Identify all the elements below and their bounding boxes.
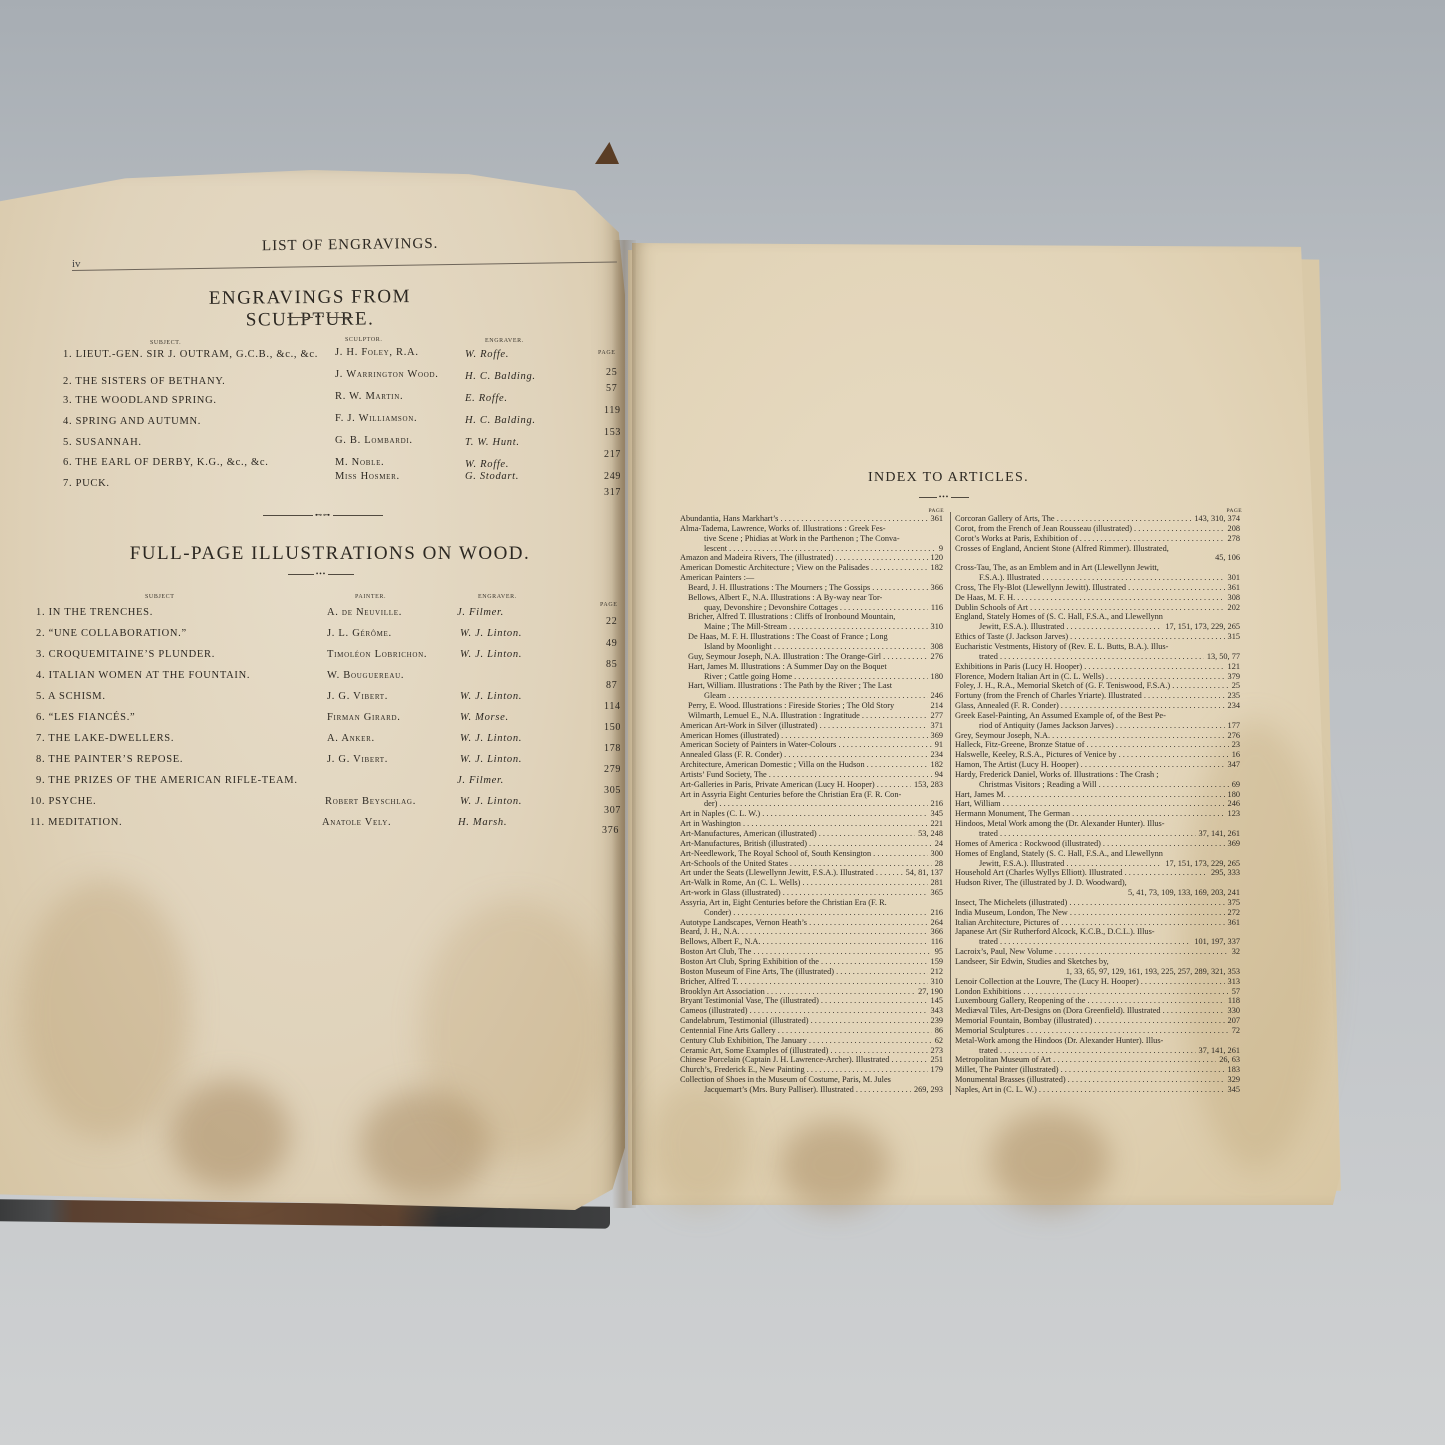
index-entry: Hudson River, The (illustrated by J. D. … — [955, 878, 1240, 888]
ornament-divider: ⊷⊶ — [258, 511, 388, 519]
index-entry-text: Assyria, Art in, Eight Centuries before … — [680, 898, 940, 908]
table-row: 3. THE WOODLAND SPRING. — [63, 395, 217, 406]
index-entry-page: 277 — [928, 711, 943, 721]
index-entry-page: 235 — [1225, 691, 1240, 701]
index-entry-text: Naples, Art in (C. L. W.) — [955, 1085, 1225, 1095]
index-entry: American Domestic Architecture ; View on… — [680, 563, 943, 573]
index-entry-text: Church’s, Frederick E., New Painting — [680, 1065, 928, 1075]
index-entry: Perry, E. Wood. Illustrations : Fireside… — [680, 701, 943, 711]
column-divider — [950, 512, 951, 1095]
index-entry: Naples, Art in (C. L. W.)345 — [955, 1085, 1240, 1095]
index-entry-page: 5, 41, 73, 109, 133, 169, 203, 241 — [1125, 888, 1240, 898]
index-entry-text: American Art-Work in Silver (illustrated… — [680, 721, 928, 731]
index-entry: Art-Needlework, The Royal School of, Sou… — [680, 849, 943, 859]
index-entry: Autotype Landscapes, Vernon Heath’s264 — [680, 918, 943, 928]
index-entry-text: Crosses of England, Ancient Stone (Alfre… — [955, 544, 1237, 554]
painter-cell: Anatole Vely. — [322, 817, 391, 828]
index-entry-text: Homes of England, Stately (S. C. Hall, F… — [955, 849, 1237, 859]
index-entry-text: trated — [979, 829, 1196, 839]
ornament-divider: ••• — [918, 493, 970, 501]
index-entry-text: Household Art (Charles Wyllys Elliott). … — [955, 868, 1208, 878]
index-entry-page: 345 — [928, 809, 943, 819]
index-entry-text: trated — [979, 652, 1204, 662]
index-entry-page: 361 — [1225, 918, 1240, 928]
index-entry-page: 308 — [1225, 593, 1240, 603]
index-entry-page: 329 — [1225, 1075, 1240, 1085]
running-head: LIST OF ENGRAVINGS. — [262, 236, 439, 255]
index-entry-page: 9 — [936, 544, 943, 554]
index-entry-text: Fortuny (from the French of Charles Yria… — [955, 691, 1225, 701]
index-entry: Conder)216 — [680, 908, 943, 918]
index-entry-text: Boston Art Club, Spring Exhibition of th… — [680, 957, 928, 967]
index-entry: Artists’ Fund Society, The94 — [680, 770, 943, 780]
index-entry-text: Lenoir Collection at the Louvre, The (Lu… — [955, 977, 1225, 987]
index-entry: Household Art (Charles Wyllys Elliott). … — [955, 868, 1240, 878]
index-entry: Jewitt, F.S.A.). Illustrated17, 151, 173… — [955, 859, 1240, 869]
index-entry: Cameos (illustrated)343 — [680, 1006, 943, 1016]
index-entry-text: Island by Moonlight — [704, 642, 928, 652]
index-entry: trated37, 141, 261 — [955, 829, 1240, 839]
index-entry-text: Chinese Porcelain (Captain J. H. Lawrenc… — [680, 1055, 928, 1065]
index-entry-text: Halleck, Fitz-Greene, Bronze Statue of — [955, 740, 1229, 750]
painter-cell: J. G. Vibert. — [327, 754, 388, 765]
engraver-cell: J. Filmer. — [457, 607, 504, 618]
index-entry: 45, 106 — [955, 553, 1240, 563]
index-entry: Italian Architecture, Pictures of361 — [955, 918, 1240, 928]
engraver-cell: H. C. Balding. — [465, 371, 536, 382]
sculptor-cell: R. W. Martin. — [335, 391, 403, 402]
index-entry-page: 234 — [928, 750, 943, 760]
index-entry-text: Art in Washington — [680, 819, 928, 829]
index-entry: Wilmarth, Lemuel E., N.A. Illustration :… — [680, 711, 943, 721]
index-entry: Architecture, American Domestic ; Villa … — [680, 760, 943, 770]
index-entry-page: 72 — [1229, 1026, 1240, 1036]
index-entry-text: Corot, from the French of Jean Rousseau … — [955, 524, 1225, 534]
index-entry-page: 269, 293 — [911, 1085, 943, 1095]
index-entry-text: Jacquemart’s (Mrs. Bury Palliser). Illus… — [704, 1085, 911, 1095]
index-entry: Homes of England, Stately (S. C. Hall, F… — [955, 849, 1240, 859]
index-entry-text: Art in Naples (C. L. W.) — [680, 809, 928, 819]
page-cell: 317 — [604, 487, 621, 498]
page-cell: 376 — [602, 825, 619, 836]
index-entry-text: Artists’ Fund Society, The — [680, 770, 932, 780]
index-entry: Art in Naples (C. L. W.)345 — [680, 809, 943, 819]
index-entry-page: 281 — [928, 878, 943, 888]
index-entry: Brooklyn Art Association27, 190 — [680, 987, 943, 997]
index-entry-text: Grey, Seymour Joseph, N.A. — [955, 731, 1225, 741]
index-entry: Jacquemart’s (Mrs. Bury Palliser). Illus… — [680, 1085, 943, 1095]
index-entry: Landseer, Sir Edwin, Studies and Sketche… — [955, 957, 1240, 967]
page-cell: 85 — [606, 659, 617, 670]
painter-cell: J. G. Vibert. — [327, 691, 388, 702]
table-row: 1. IN THE TRENCHES. — [36, 607, 153, 618]
index-entry-page: 54, 81, 137 — [903, 868, 943, 878]
index-entry-text: Art-Schools of the United States — [680, 859, 932, 869]
index-entry-text: Boston Art Club, The — [680, 947, 932, 957]
index-entry: Eucharistic Vestments, History of (Rev. … — [955, 642, 1240, 652]
index-column-left: Abundantia, Hans Markhart’s361Alma-Tadem… — [680, 514, 943, 1095]
table-row: 7. THE LAKE-DWELLERS. — [36, 733, 174, 744]
index-entry-text: Hart, James M. Illustrations : A Summer … — [688, 662, 940, 672]
index-entry-text: Hudson River, The (illustrated by J. D. … — [955, 878, 1237, 888]
index-entry-page: 123 — [1225, 809, 1240, 819]
page-cell: 57 — [606, 383, 617, 394]
index-entry: Hart, William246 — [955, 799, 1240, 809]
table-row: 4. ITALIAN WOMEN AT THE FOUNTAIN. — [36, 670, 250, 681]
index-entry: Hart, James M.180 — [955, 790, 1240, 800]
index-entry-text: Architecture, American Domestic ; Villa … — [680, 760, 928, 770]
sculptor-cell: J. Warrington Wood. — [335, 369, 439, 380]
index-entry-text: De Haas, M. F. H. Illustrations : The Co… — [688, 632, 940, 642]
index-entry-page: 37, 141, 261 — [1196, 1046, 1240, 1056]
index-entry-page: 301 — [1225, 573, 1240, 583]
index-entry-text: Corot’s Works at Paris, Exhibition of — [955, 534, 1225, 544]
index-entry-text: F.S.A.). Illustrated — [979, 573, 1225, 583]
index-entry: Hart, William. Illustrations : The Path … — [680, 681, 943, 691]
index-entry: Art under the Seats (Llewellynn Jewitt, … — [680, 868, 943, 878]
index-entry: American Art-Work in Silver (illustrated… — [680, 721, 943, 731]
index-entry-page: 300 — [928, 849, 943, 859]
index-entry-page: 57 — [1229, 987, 1240, 997]
table-row: 6. THE EARL OF DERBY, K.G., &c., &c. — [63, 457, 269, 468]
index-entry-page: 272 — [1225, 908, 1240, 918]
table-row: 5. A SCHISM. — [36, 691, 106, 702]
index-entry: American Homes (illustrated)369 — [680, 731, 943, 741]
index-entry: Bricher, Alfred T.310 — [680, 977, 943, 987]
index-entry-text: Art-Galleries in Paris, Private American… — [680, 780, 911, 790]
engraver-cell: T. W. Hunt. — [465, 437, 520, 448]
painter-cell: Timoléon Lobrichon. — [327, 649, 427, 660]
table-row: 7. PUCK. — [63, 478, 110, 489]
index-entry-text: trated — [979, 937, 1191, 947]
index-entry-text: Memorial Fountain, Bombay (illustrated) — [955, 1016, 1225, 1026]
index-entry-text: Jewitt, F.S.A.). Illustrated — [979, 859, 1162, 869]
index-entry-page: 28 — [932, 859, 943, 869]
engraver-cell: W. J. Linton. — [460, 691, 522, 702]
page-cell: 119 — [604, 405, 621, 416]
index-entry-text: Art-Manufactures, British (illustrated) — [680, 839, 932, 849]
index-entry-text: Lacroix’s, Paul, New Volume — [955, 947, 1229, 957]
index-entry-text: River ; Cattle going Home — [704, 672, 928, 682]
engraver-cell: J. Filmer. — [457, 775, 504, 786]
index-entry-text: Brooklyn Art Association — [680, 987, 915, 997]
index-entry-page: 180 — [928, 672, 943, 682]
table-row: 8. THE PAINTER’S REPOSE. — [36, 754, 183, 765]
page-number: iv — [72, 258, 81, 270]
index-entry-text: Beard, J. H. Illustrations : The Mourner… — [688, 583, 928, 593]
index-entry: Art-work in Glass (illustrated)365 — [680, 888, 943, 898]
index-entry-text: Cross-Tau, The, as an Emblem and in Art … — [955, 563, 1237, 573]
index-entry: Homes of America : Rockwood (illustrated… — [955, 839, 1240, 849]
index-entry-page: 216 — [928, 799, 943, 809]
index-entry-text: Glass, Annealed (F. R. Conder) — [955, 701, 1225, 711]
index-entry-text: Halswelle, Keeley, R.S.A., Pictures of V… — [955, 750, 1229, 760]
index-entry: De Haas, M. F. H.308 — [955, 593, 1240, 603]
index-entry-text: Century Club Exhibition, The January — [680, 1036, 932, 1046]
index-entry-text: American Society of Painters in Water-Co… — [680, 740, 932, 750]
index-entry-page: 143, 310, 374 — [1191, 514, 1240, 524]
col-header-page: PAGE — [598, 350, 616, 356]
index-entry-text: Christmas Visitors ; Reading a Will — [979, 780, 1229, 790]
index-entry-text: India Museum, London, The New — [955, 908, 1225, 918]
index-entry: American Painters :— — [680, 573, 943, 583]
index-entry: Foley, J. H., R.A., Memorial Sketch of (… — [955, 681, 1240, 691]
sculptor-cell: G. B. Lombardi. — [335, 435, 413, 446]
index-entry: Candelabrum, Testimonial (illustrated)23… — [680, 1016, 943, 1026]
index-entry-text: Alma-Tadema, Lawrence, Works of. Illustr… — [680, 524, 940, 534]
painter-cell: W. Bouguereau. — [327, 670, 404, 681]
index-entry-page: 276 — [1225, 731, 1240, 741]
index-entry: Gleam246 — [680, 691, 943, 701]
index-entry-page: 345 — [1225, 1085, 1240, 1095]
index-entry-text: Mediæval Tiles, Art-Designs on (Dora Gre… — [955, 1006, 1225, 1016]
index-entry-page: 159 — [928, 957, 943, 967]
engraver-cell: W. J. Linton. — [460, 628, 522, 639]
index-entry: London Exhibitions57 — [955, 987, 1240, 997]
index-title: INDEX TO ARTICLES. — [868, 470, 1029, 486]
water-stain — [780, 1120, 890, 1210]
index-entry-text: Beard, J. H., N.A. — [680, 927, 928, 937]
index-entry-text: Hardy, Frederick Daniel, Works of. Illus… — [955, 770, 1237, 780]
index-entry-page: 27, 190 — [915, 987, 943, 997]
index-entry: Mediæval Tiles, Art-Designs on (Dora Gre… — [955, 1006, 1240, 1016]
index-entry: American Society of Painters in Water-Co… — [680, 740, 943, 750]
index-entry-page: 361 — [928, 514, 943, 524]
index-entry: Hardy, Frederick Daniel, Works of. Illus… — [955, 770, 1240, 780]
index-entry-page: 183 — [1225, 1065, 1240, 1075]
index-entry-page: 313 — [1225, 977, 1240, 987]
engraver-cell: E. Roffe. — [465, 393, 508, 404]
index-entry-page: 37, 141, 261 — [1196, 829, 1240, 839]
index-entry-page: 308 — [928, 642, 943, 652]
page-cell: 22 — [606, 616, 617, 627]
table-row: 2. “UNE COLLABORATION.” — [36, 628, 187, 639]
painter-cell: A. de Neuville. — [327, 607, 402, 618]
page-cell: 279 — [604, 764, 621, 775]
section-title-wood: FULL-PAGE ILLUSTRATIONS ON WOOD. — [110, 543, 550, 565]
index-entry-page: 118 — [1225, 996, 1240, 1006]
index-entry: 5, 41, 73, 109, 133, 169, 203, 241 — [955, 888, 1240, 898]
index-entry-text: Maine ; The Mill-Stream — [704, 622, 928, 632]
index-entry-text: riod of Antiquity (James Jackson Jarves) — [979, 721, 1225, 731]
index-entry: Amazon and Madeira Rivers, The (illustra… — [680, 553, 943, 563]
index-entry: Art-Schools of the United States28 — [680, 859, 943, 869]
index-entry: Lacroix’s, Paul, New Volume32 — [955, 947, 1240, 957]
index-entry-page: 375 — [1225, 898, 1240, 908]
index-entry-text: lescent — [704, 544, 936, 554]
index-entry: Beard, J. H. Illustrations : The Mourner… — [680, 583, 943, 593]
index-entry-text: Bellows, Albert F., N.A. — [680, 937, 928, 947]
col-header-subject: SUBJECT — [145, 594, 175, 600]
index-entry-text: Bellows, Albert F., N.A. Illustrations :… — [688, 593, 940, 603]
index-entry-page: 371 — [928, 721, 943, 731]
engraver-cell: W. J. Linton. — [460, 733, 522, 744]
index-entry: Collection of Shoes in the Museum of Cos… — [680, 1075, 943, 1085]
col-header-engraver: ENGRAVER. — [485, 338, 524, 344]
index-entry-page: 234 — [1225, 701, 1240, 711]
index-entry: Christmas Visitors ; Reading a Will69 — [955, 780, 1240, 790]
index-entry-page: 32 — [1229, 947, 1240, 957]
index-entry-page: 86 — [932, 1026, 943, 1036]
index-entry: Hindoos, Metal Work among the (Dr. Alexa… — [955, 819, 1240, 829]
index-entry-text: Art-Walk in Rome, An (C. L. Wells) — [680, 878, 928, 888]
index-entry: Chinese Porcelain (Captain J. H. Lawrenc… — [680, 1055, 943, 1065]
index-entry: Hart, James M. Illustrations : A Summer … — [680, 662, 943, 672]
index-entry: Fortuny (from the French of Charles Yria… — [955, 691, 1240, 701]
sculptor-cell: J. H. Foley, R.A. — [335, 347, 419, 358]
index-entry-text: Metropolitan Museum of Art — [955, 1055, 1216, 1065]
index-entry: Hermann Monument, The German123 — [955, 809, 1240, 819]
index-entry-text: trated — [979, 1046, 1196, 1056]
index-entry: trated13, 50, 77 — [955, 652, 1240, 662]
table-row: 4. SPRING AND AUTUMN. — [63, 416, 201, 427]
table-row: 9. THE PRIZES OF THE AMERICAN RIFLE-TEAM… — [36, 775, 298, 786]
index-entry-page: 101, 197, 337 — [1191, 937, 1240, 947]
sculptor-cell: Miss Hosmer. — [335, 471, 400, 482]
water-stain — [650, 1080, 750, 1210]
index-entry-page: 251 — [928, 1055, 943, 1065]
index-entry-text: Eucharistic Vestments, History of (Rev. … — [955, 642, 1237, 652]
index-entry-text: Art-Manufactures, American (illustrated) — [680, 829, 915, 839]
index-entry-text: American Domestic Architecture ; View on… — [680, 563, 928, 573]
index-entry-text: Greek Easel-Painting, An Assumed Example… — [955, 711, 1237, 721]
index-entry-text: American Painters :— — [680, 573, 940, 583]
index-entry-page: 343 — [928, 1006, 943, 1016]
index-entry: Cross-Tau, The, as an Emblem and in Art … — [955, 563, 1240, 573]
table-row: 6. “LES FIANCÉS.” — [36, 712, 135, 723]
index-entry-page: 16 — [1229, 750, 1240, 760]
page-cell: 307 — [604, 805, 621, 816]
index-entry: quay, Devonshire ; Devonshire Cottages11… — [680, 603, 943, 613]
sculptor-cell: M. Noble. — [335, 457, 384, 468]
index-entry-text: Jewitt, F.S.A.). Illustrated — [979, 622, 1162, 632]
index-entry-page: 310 — [928, 622, 943, 632]
index-entry-text: Autotype Landscapes, Vernon Heath’s — [680, 918, 928, 928]
index-entry-text: quay, Devonshire ; Devonshire Cottages — [704, 603, 928, 613]
sculptor-cell: F. J. Williamson. — [335, 413, 417, 424]
index-entry: Bellows, Albert F., N.A. Illustrations :… — [680, 593, 943, 603]
page-cell: 114 — [604, 701, 621, 712]
index-entry: De Haas, M. F. H. Illustrations : The Co… — [680, 632, 943, 642]
index-entry: Guy, Seymour Joseph, N.A. Illustration :… — [680, 652, 943, 662]
page-cell: 249 — [604, 471, 621, 482]
index-entry-text: Cameos (illustrated) — [680, 1006, 928, 1016]
index-entry-text: Florence, Modern Italian Art in (C. L. W… — [955, 672, 1225, 682]
index-entry-page: 182 — [928, 563, 943, 573]
index-entry-page: 273 — [928, 1046, 943, 1056]
index-entry: Florence, Modern Italian Art in (C. L. W… — [955, 672, 1240, 682]
index-entry-text: Japanese Art (Sir Rutherford Alcock, K.C… — [955, 927, 1237, 937]
page-cell: 87 — [606, 680, 617, 691]
ornament-divider: ••• — [285, 313, 355, 321]
page-cell: 178 — [604, 743, 621, 754]
index-entry: trated101, 197, 337 — [955, 937, 1240, 947]
page-cell: 25 — [606, 367, 617, 378]
index-entry: Art-Manufactures, British (illustrated)2… — [680, 839, 943, 849]
index-entry-text: Homes of America : Rockwood (illustrated… — [955, 839, 1225, 849]
index-entry-text: Landseer, Sir Edwin, Studies and Sketche… — [955, 957, 1237, 967]
index-entry: Ethics of Taste (J. Jackson Jarves)315 — [955, 632, 1240, 642]
col-header-subject: SUBJECT. — [150, 340, 181, 346]
index-entry-text: Perry, E. Wood. Illustrations : Fireside… — [688, 701, 928, 711]
index-entry-page: 212 — [928, 967, 943, 977]
page-cell: 153 — [604, 427, 621, 438]
index-entry: River ; Cattle going Home180 — [680, 672, 943, 682]
engraver-cell: H. Marsh. — [458, 817, 507, 828]
index-entry-text: Ethics of Taste (J. Jackson Jarves) — [955, 632, 1225, 642]
index-entry-page: 26, 63 — [1216, 1055, 1240, 1065]
water-stain — [990, 1110, 1110, 1210]
index-entry-text: De Haas, M. F. H. — [955, 593, 1225, 603]
index-entry-text: Foley, J. H., R.A., Memorial Sketch of (… — [955, 681, 1229, 691]
index-entry: Insect, The Michelets (illustrated)375 — [955, 898, 1240, 908]
index-entry: Assyria, Art in, Eight Centuries before … — [680, 898, 943, 908]
index-entry-text: der) — [704, 799, 928, 809]
index-entry-page: 17, 151, 173, 229, 265 — [1162, 622, 1240, 632]
index-entry-page: 330 — [1225, 1006, 1240, 1016]
index-entry-page: 94 — [932, 770, 943, 780]
index-entry-page: 116 — [928, 603, 943, 613]
water-stain — [20, 880, 190, 1140]
index-entry-text: England, Stately Homes of (S. C. Hall, F… — [955, 612, 1237, 622]
index-entry-text: Hamon, The Artist (Lucy H. Hooper) — [955, 760, 1225, 770]
index-entry-text: Candelabrum, Testimonial (illustrated) — [680, 1016, 928, 1026]
index-entry: Bellows, Albert F., N.A.116 — [680, 937, 943, 947]
index-entry: Glass, Annealed (F. R. Conder)234 — [955, 701, 1240, 711]
index-entry: Corcoran Gallery of Arts, The143, 310, 3… — [955, 514, 1240, 524]
index-entry: lescent9 — [680, 544, 943, 554]
index-entry: Art in Assyria Eight Centuries before th… — [680, 790, 943, 800]
engraver-cell: W. J. Linton. — [460, 649, 522, 660]
index-entry-text: Guy, Seymour Joseph, N.A. Illustration :… — [688, 652, 928, 662]
index-entry-text: Art-Needlework, The Royal School of, Sou… — [680, 849, 928, 859]
index-entry: Art in Washington221 — [680, 819, 943, 829]
index-entry-text: tive Scene ; Phidias at Work in the Part… — [704, 534, 940, 544]
index-entry: Corot, from the French of Jean Rousseau … — [955, 524, 1240, 534]
ornament-divider: ••• — [283, 570, 359, 578]
index-entry: Japanese Art (Sir Rutherford Alcock, K.C… — [955, 927, 1240, 937]
water-stain — [170, 1080, 290, 1190]
engraver-cell: H. C. Balding. — [465, 415, 536, 426]
index-entry-text: Italian Architecture, Pictures of — [955, 918, 1225, 928]
index-entry-page: 95 — [932, 947, 943, 957]
painter-cell: Robert Beyschlag. — [325, 796, 416, 807]
painter-cell: J. L. Gérôme. — [327, 628, 392, 639]
index-entry: Crosses of England, Ancient Stone (Alfre… — [955, 544, 1240, 554]
index-entry-text: Bricher, Alfred T. Illustrations : Cliff… — [688, 612, 940, 622]
index-entry-text: Hart, William — [955, 799, 1225, 809]
index-entry-page: 208 — [1225, 524, 1240, 534]
index-entry-page: 216 — [928, 908, 943, 918]
table-row: 11. MEDITATION. — [30, 817, 122, 828]
index-entry-text: Amazon and Madeira Rivers, The (illustra… — [680, 553, 928, 563]
index-entry-text: Millet, The Painter (illustrated) — [955, 1065, 1225, 1075]
index-entry: Church’s, Frederick E., New Painting179 — [680, 1065, 943, 1075]
cover-corner — [595, 142, 619, 164]
index-entry-text: Abundantia, Hans Markhart’s — [680, 514, 928, 524]
index-entry-page: 120 — [928, 553, 943, 563]
water-stain — [420, 900, 610, 1160]
index-entry-page: 24 — [932, 839, 943, 849]
index-entry-page: 91 — [932, 740, 943, 750]
col-header-page: PAGE — [600, 602, 618, 608]
index-entry: Art-Manufactures, American (illustrated)… — [680, 829, 943, 839]
index-entry-page: 315 — [1225, 632, 1240, 642]
index-entry-page: 13, 50, 77 — [1204, 652, 1240, 662]
index-entry-text: Art under the Seats (Llewellynn Jewitt, … — [680, 868, 903, 878]
index-entry-text: Hindoos, Metal Work among the (Dr. Alexa… — [955, 819, 1237, 829]
index-entry: Luxembourg Gallery, Reopening of the118 — [955, 996, 1240, 1006]
